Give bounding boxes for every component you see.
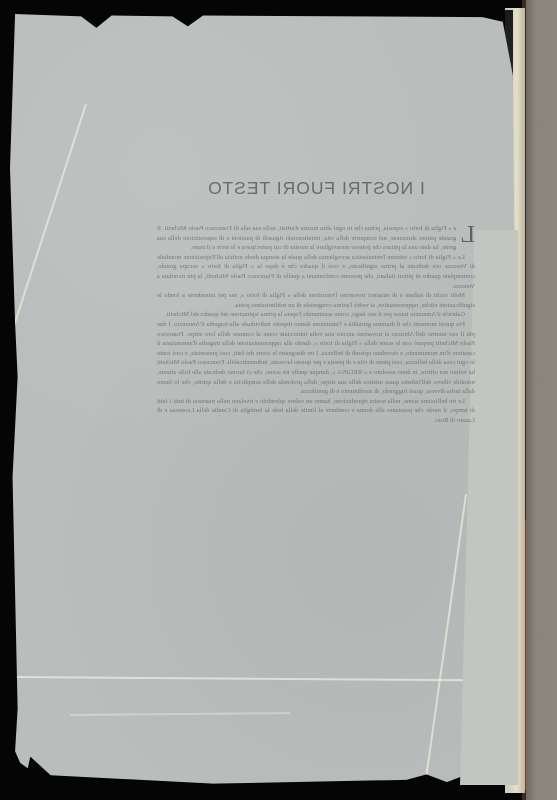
paragraph: La « Figlia di Iorio » ottenne l'entusia…	[157, 253, 475, 291]
crease	[5, 104, 87, 352]
crease	[70, 712, 290, 715]
body-text: La « Figlia di Iorio » esposta, prima ch…	[157, 224, 475, 425]
crease	[10, 676, 490, 681]
cover-board	[526, 0, 557, 800]
page-title: I NOSTRI FUORI TESTO	[157, 178, 475, 199]
paragraph: Le tre bellissime scene, nella nostra ri…	[157, 397, 475, 426]
paragraph: La « Figlia di Iorio » esposta, prima ch…	[157, 224, 475, 253]
mirrored-bleed-through-text: I NOSTRI FUORI TESTO La « Figlia di Iori…	[157, 178, 475, 425]
cover-red-edge	[525, 520, 526, 790]
crease	[425, 494, 467, 781]
paragraph: Gabriele d'Annunzio trasse per il suo la…	[157, 310, 475, 320]
paragraph: Molti occhi di italiani e di stranieri t…	[157, 291, 475, 310]
dropcap: L	[460, 225, 475, 245]
paragraph: Fra questi momenti che il dramma geniali…	[157, 320, 475, 397]
